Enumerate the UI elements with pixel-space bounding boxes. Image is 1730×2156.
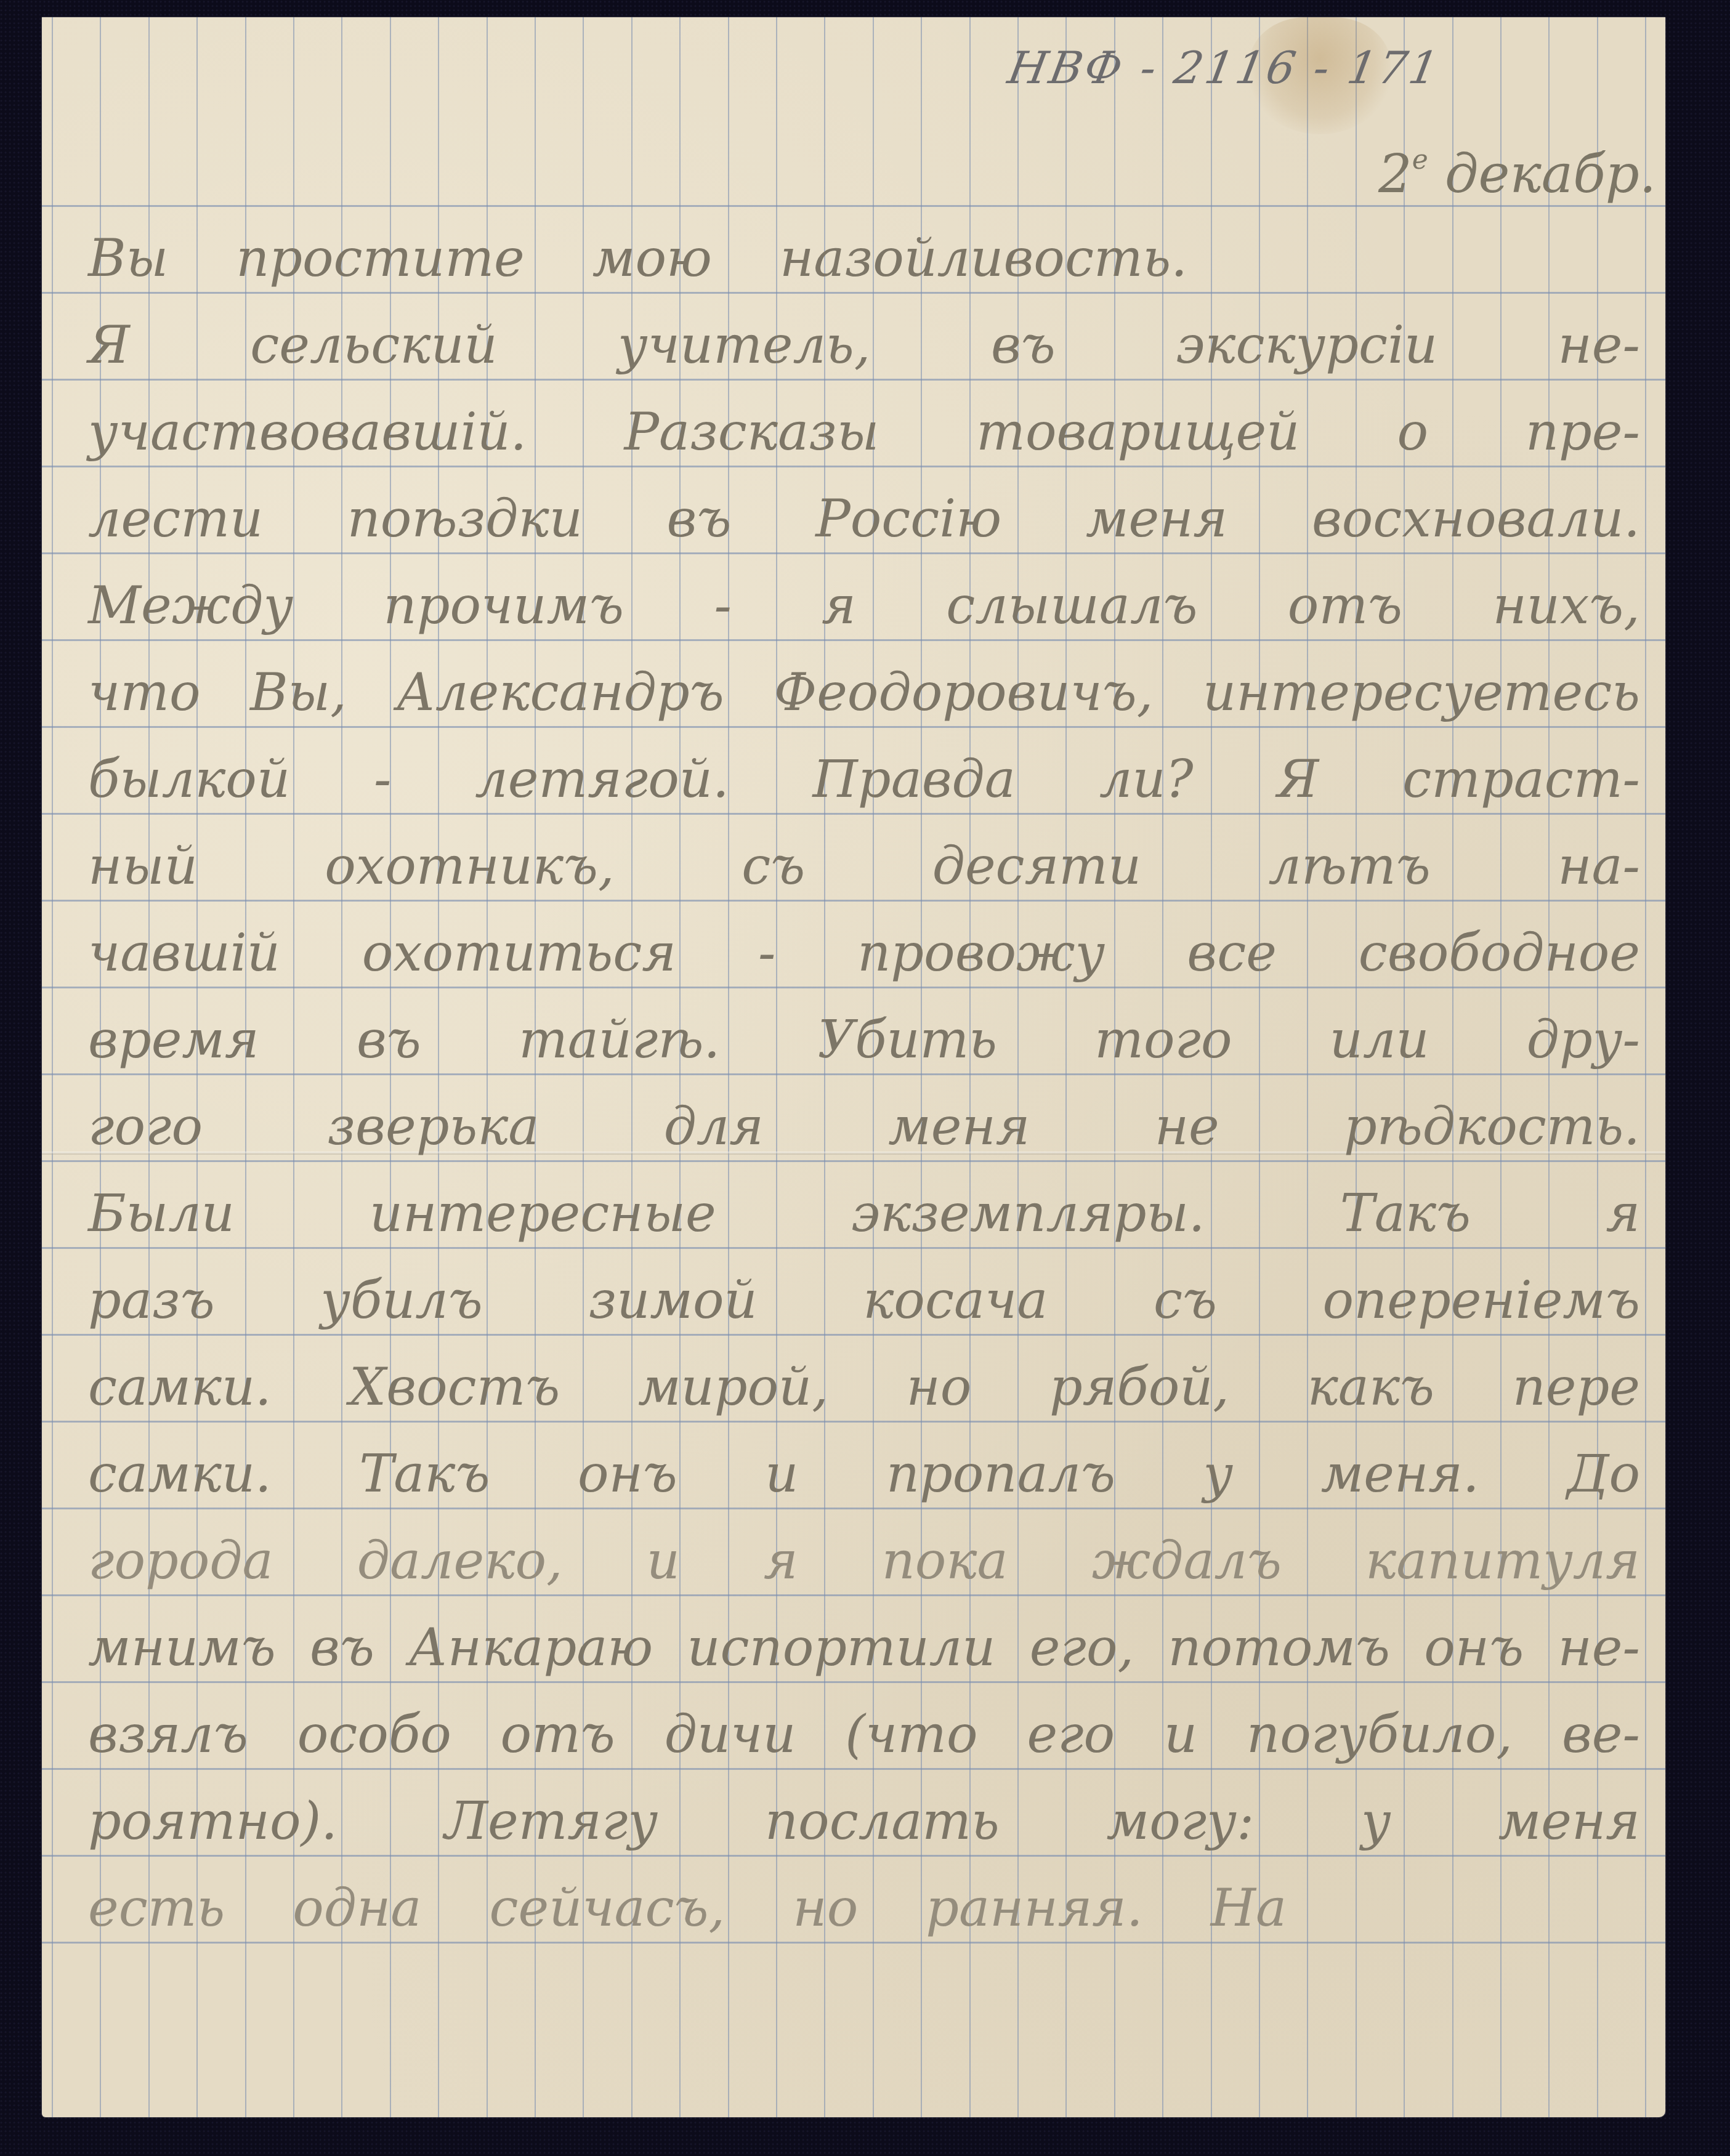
handwritten-word: могу: — [1107, 1795, 1255, 1855]
handwritten-word: въ — [310, 1621, 374, 1682]
handwritten-word: города — [88, 1535, 273, 1595]
handwritten-word: того — [1094, 1014, 1232, 1074]
handwritten-word: На — [1211, 1882, 1287, 1942]
handwritten-word: десяти — [932, 840, 1141, 900]
handwritten-word: товарищей — [976, 406, 1300, 466]
letter-line-1: Выпроститемоюназойливость. — [88, 206, 1640, 293]
handwritten-word: ный — [88, 840, 198, 900]
handwritten-word: свободное — [1359, 927, 1640, 987]
handwritten-word: съ — [1154, 1274, 1217, 1334]
handwritten-word: отъ — [501, 1708, 615, 1769]
letter-line-8: ныйохотникъ,съдесятилѣтъна- — [88, 814, 1640, 900]
handwritten-word: роятно). — [88, 1795, 338, 1855]
letter-line-15: самки.Такъонъипропалъуменя.До — [88, 1421, 1640, 1508]
handwritten-word: лѣтъ — [1268, 840, 1430, 900]
handwritten-word: ранняя. — [926, 1882, 1142, 1942]
handwritten-word: сейчасъ, — [489, 1882, 725, 1942]
handwritten-word: Вы — [88, 232, 168, 293]
archive-number: НВФ - 2116 - 171 — [1004, 42, 1445, 94]
letter-line-20: естьоднасейчасъ,норанняя.На — [88, 1855, 1640, 1942]
handwritten-word: испортили — [687, 1621, 996, 1682]
letter-line-6: чтоВы,АлександръФеодоровичъ,интересуетес… — [88, 640, 1640, 727]
handwritten-word: потомъ — [1168, 1621, 1390, 1682]
handwritten-word: пока — [882, 1535, 1008, 1595]
handwritten-word: меня — [888, 1100, 1030, 1161]
handwritten-word: - — [714, 579, 731, 640]
handwritten-word: охотиться — [362, 927, 676, 987]
handwritten-word: - — [758, 927, 775, 987]
letter-line-14: самки.Хвостъмирой,норябой,какъпере — [88, 1334, 1640, 1421]
handwritten-word: поѣздки — [347, 493, 583, 553]
handwritten-word: въ — [357, 1014, 421, 1074]
handwritten-word: Такъ — [359, 1448, 490, 1508]
handwritten-word: сельский — [250, 319, 497, 379]
handwritten-word: время — [88, 1014, 259, 1074]
letter-date: 2е декабр. — [1378, 143, 1656, 205]
handwritten-word: не — [1155, 1100, 1219, 1161]
handwritten-word: былкой — [88, 753, 290, 814]
handwritten-word: летягой. — [475, 753, 729, 814]
handwritten-word: Хвостъ — [349, 1361, 560, 1421]
handwritten-word: его, — [1030, 1621, 1134, 1682]
letter-line-4: лестипоѣздкивъРоссіюменявосхновали. — [88, 466, 1640, 553]
handwritten-word: я — [822, 579, 856, 640]
handwritten-word: онъ — [578, 1448, 677, 1508]
handwritten-word: въ — [991, 319, 1056, 379]
handwritten-word: экскурсіи — [1176, 319, 1437, 379]
handwritten-word: До — [1567, 1448, 1640, 1508]
handwritten-word: есть — [88, 1882, 225, 1942]
handwritten-word: гого — [88, 1100, 203, 1161]
handwritten-word: Правда — [813, 753, 1016, 814]
handwritten-word: дичи — [665, 1708, 796, 1769]
handwritten-word: Такъ — [1340, 1187, 1471, 1248]
handwritten-word: прочимъ — [384, 579, 624, 640]
handwritten-word: лести — [88, 493, 263, 553]
handwritten-word: пре- — [1526, 406, 1640, 466]
letter-line-16: городадалеко,ияпокаждалъкапитуля — [88, 1508, 1640, 1595]
handwritten-word: мирой, — [638, 1361, 828, 1421]
date-suffix: е — [1412, 144, 1428, 176]
handwritten-word: тайгѣ. — [519, 1014, 720, 1074]
handwritten-word: меня. — [1321, 1448, 1479, 1508]
handwritten-word: косача — [863, 1274, 1048, 1334]
handwritten-word: интересные — [370, 1187, 716, 1248]
letter-line-19: роятно).Летягупослатьмогу:уменя — [88, 1769, 1640, 1855]
handwritten-word: отъ — [1288, 579, 1402, 640]
handwritten-word: съ — [742, 840, 805, 900]
handwritten-word: ждалъ — [1092, 1535, 1282, 1595]
letter-line-13: разъубилъзимойкосачасъопереніемъ — [88, 1248, 1640, 1334]
handwritten-word: и — [765, 1448, 798, 1508]
letter-line-9: чавшійохотиться-провожувсесвободное — [88, 900, 1640, 987]
handwritten-word: но — [793, 1882, 858, 1942]
handwritten-word: ли? — [1099, 753, 1194, 814]
letter-line-17: мнимъвъАнкараюиспортилиего,потомъонъне- — [88, 1595, 1640, 1682]
handwritten-word: одна — [293, 1882, 421, 1942]
handwritten-word: (что — [845, 1708, 977, 1769]
handwritten-word: рѣдкость. — [1344, 1100, 1640, 1161]
handwritten-word: что — [88, 666, 200, 727]
handwritten-word: пропалъ — [886, 1448, 1115, 1508]
handwritten-word: страст- — [1402, 753, 1640, 814]
handwritten-word: опереніемъ — [1323, 1274, 1640, 1334]
handwritten-word: Убить — [818, 1014, 997, 1074]
handwritten-word: Были — [88, 1187, 235, 1248]
handwritten-word: Между — [88, 579, 293, 640]
handwritten-word: Анкараю — [408, 1621, 653, 1682]
handwritten-word: чавшій — [88, 927, 280, 987]
handwritten-word: или — [1330, 1014, 1429, 1074]
handwritten-word: Я — [1277, 753, 1319, 814]
handwritten-word: восхновали. — [1312, 493, 1640, 553]
handwritten-word: особо — [297, 1708, 451, 1769]
handwritten-word: дру- — [1527, 1014, 1640, 1074]
handwritten-word: все — [1187, 927, 1277, 987]
handwritten-word: не- — [1558, 1621, 1639, 1682]
handwritten-word: Александръ — [396, 666, 724, 727]
handwritten-word: ве- — [1562, 1708, 1640, 1769]
handwritten-word: капитуля — [1365, 1535, 1640, 1595]
letter-line-11: гогозверькадляменянерѣдкость. — [88, 1074, 1640, 1161]
handwritten-word: самки. — [88, 1448, 272, 1508]
letter-line-18: взялъособоотъдичи(чтоегоипогубило,ве- — [88, 1682, 1640, 1769]
handwritten-word: у — [1361, 1795, 1391, 1855]
handwritten-word: Россію — [815, 493, 1001, 553]
handwritten-word: я — [1606, 1187, 1640, 1248]
handwritten-word: о — [1397, 406, 1428, 466]
handwritten-word: пере — [1513, 1361, 1640, 1421]
handwritten-word: Я — [88, 319, 130, 379]
handwritten-word: Феодоровичъ, — [774, 666, 1153, 727]
handwritten-word: я — [764, 1535, 798, 1595]
handwritten-word: зверька — [327, 1100, 539, 1161]
handwritten-word: какъ — [1308, 1361, 1434, 1421]
handwritten-word: мою — [592, 232, 712, 293]
handwritten-word: меня — [1086, 493, 1227, 553]
letter-line-7: былкой-летягой.Правдали?Ястраст- — [88, 727, 1640, 814]
handwritten-word: провожу — [857, 927, 1105, 987]
handwritten-word: охотникъ, — [325, 840, 614, 900]
date-day: 2 — [1378, 143, 1412, 205]
handwritten-word: для — [664, 1100, 764, 1161]
handwritten-word: мнимъ — [88, 1621, 276, 1682]
handwritten-word: меня — [1498, 1795, 1640, 1855]
handwritten-word: не- — [1558, 319, 1640, 379]
handwritten-word: на- — [1558, 840, 1640, 900]
handwritten-word: взялъ — [88, 1708, 248, 1769]
letter-page: НВФ - 2116 - 171 2е декабр. Выпроститемо… — [42, 17, 1665, 2117]
letter-line-5: Междупрочимъ-яслышалъотънихъ, — [88, 553, 1640, 640]
letter-line-12: Былиинтересныеэкземпляры.Такъя — [88, 1161, 1640, 1248]
handwritten-word: слышалъ — [946, 579, 1197, 640]
handwritten-word: - — [374, 753, 391, 814]
letter-line-3: участвовавшій.Разсказытоварищейопре- — [88, 379, 1640, 466]
letter-line-2: Ясельскийучитель,въэкскурсіине- — [88, 293, 1640, 379]
handwritten-word: убилъ — [320, 1274, 483, 1334]
handwritten-word: у — [1203, 1448, 1233, 1508]
handwritten-word: Разсказы — [624, 406, 879, 466]
handwritten-word: онъ — [1424, 1621, 1524, 1682]
date-month: декабр. — [1445, 143, 1656, 205]
handwritten-word: погубило, — [1247, 1708, 1513, 1769]
handwritten-word: самки. — [88, 1361, 272, 1421]
handwritten-word: Летягу — [445, 1795, 658, 1855]
handwritten-word: и — [1164, 1708, 1197, 1769]
handwritten-word: послать — [765, 1795, 1000, 1855]
handwritten-word: Вы, — [250, 666, 347, 727]
letter-line-10: времявътайгѣ.Убитьтогоилидру- — [88, 987, 1640, 1074]
handwritten-word: участвовавшій. — [88, 406, 527, 466]
handwritten-word: назойливость. — [780, 232, 1187, 293]
handwritten-word: но — [906, 1361, 971, 1421]
handwritten-word: учитель, — [618, 319, 870, 379]
handwritten-word: въ — [667, 493, 732, 553]
handwritten-word: интересуетесь — [1203, 666, 1640, 727]
handwritten-word: далеко, — [357, 1535, 563, 1595]
handwritten-word: и — [647, 1535, 680, 1595]
handwritten-word: нихъ, — [1492, 579, 1640, 640]
handwritten-word: зимой — [588, 1274, 757, 1334]
handwritten-word: экземпляры. — [851, 1187, 1205, 1248]
handwritten-word: его — [1027, 1708, 1115, 1769]
handwritten-word: простите — [236, 232, 525, 293]
handwritten-word: рябой, — [1049, 1361, 1229, 1421]
handwritten-word: разъ — [88, 1274, 215, 1334]
